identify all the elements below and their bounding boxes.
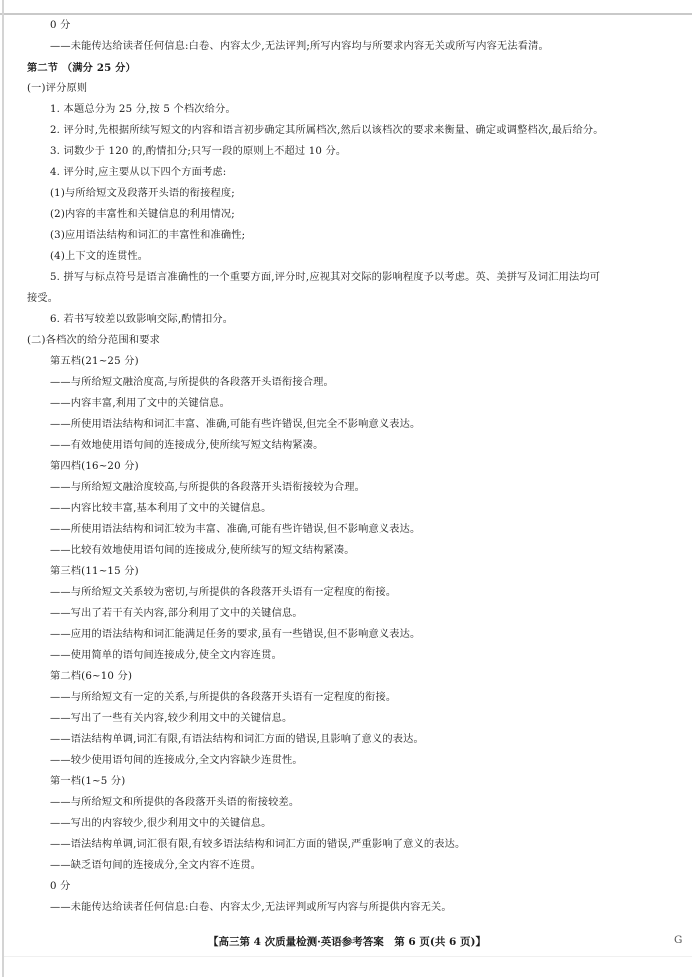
document-line: ——使用简单的语句间连接成分,使全文内容连贯。 [50,649,282,663]
document-line: ——写出了一些有关内容,较少利用文中的关键信息。 [50,712,292,726]
document-line: ——未能传达给读者任何信息:白卷、内容太少,无法评判;所写内容均与所要求内容无关… [50,40,549,54]
page-left-border [2,0,4,977]
document-line: ——写出了若干有关内容,部分利用了文中的关键信息。 [50,607,303,621]
document-line: 3. 词数少于 120 的,酌情扣分;只写一段的原则上不超过 10 分。 [50,145,346,159]
document-line: 2. 评分时,先根据所续写短文的内容和语言初步确定其所属档次,然后以该档次的要求… [50,124,604,138]
document-line: (2)内容的丰富性和关键信息的利用情况; [50,208,235,222]
document-line: ——内容比较丰富,基本利用了文中的关键信息。 [50,502,272,516]
document-line: ——所使用语法结构和词汇较为丰富、准确,可能有些许错误,但不影响意义表达。 [50,523,420,537]
document-line: ——写出的内容较少,很少利用文中的关键信息。 [50,817,272,831]
document-line: 0 分 [50,19,71,33]
document-line: ——语法结构单调,词汇有限,有语法结构和词汇方面的错误,且影响了意义的表达。 [50,733,424,747]
document-line: ——应用的语法结构和词汇能满足任务的要求,虽有一些错误,但不影响意义表达。 [50,628,420,642]
document-line: 第一档(1~5 分) [50,775,125,789]
document-line: (4)上下文的连贯性。 [50,250,148,264]
page-footer-mark: G [674,934,682,946]
document-line: 0 分 [50,880,71,894]
document-line: ——语法结构单调,词汇很有限,有较多语法结构和词汇方面的错误,严重影响了意义的表… [50,838,465,852]
document-line: 接受。 [27,292,58,306]
document-line: ——与所给短文融洽度高,与所提供的各段落开头语衔接合理。 [50,376,334,390]
section-heading: 第二节 （满分 25 分） [27,61,136,75]
document-line: 第三档(11~15 分) [50,565,139,579]
document-line: 4. 评分时,应主要从以下四个方面考虑: [50,166,226,180]
document-line: ——与所给短文关系较为密切,与所提供的各段落开头语有一定程度的衔接。 [50,586,396,600]
document-line: ——所使用语法结构和词汇丰富、准确,可能有些许错误,但完全不影响意义表达。 [50,418,420,432]
document-line: (3)应用语法结构和词汇的丰富性和准确性; [50,229,245,243]
document-line: ——较少使用语句间的连接成分,全文内容缺少连贯性。 [50,754,303,768]
document-line: ——未能传达给读者任何信息:白卷、内容太少,无法评判或所写内容与所提供内容无关。 [50,901,452,915]
document-line: 第二档(6~10 分) [50,670,132,684]
document-line: (二)各档次的给分范围和要求 [27,334,160,348]
page-top-margin [0,0,692,13]
document-line: ——与所给短文有一定的关系,与所提供的各段落开头语有一定程度的衔接。 [50,691,396,705]
document-line: ——与所给短文融洽度较高,与所提供的各段落开头语衔接较为合理。 [50,481,365,495]
document-line: 5. 拼写与标点符号是语言准确性的一个重要方面,评分时,应视其对交际的影响程度予… [50,271,600,285]
document-line: ——内容丰富,利用了文中的关键信息。 [50,397,230,411]
document-line: ——与所给短文和所提供的各段落开头语的衔接较差。 [50,796,299,810]
document-line: 6. 若书写较差以致影响交际,酌情扣分。 [50,313,233,327]
document-line: ——缺乏语句间的连接成分,全文内容不连贯。 [50,859,261,873]
document-line: ——有效地使用语句间的连接成分,使所续写短文结构紧凑。 [50,439,324,453]
page-footer-title: 【高三第 4 次质量检测·英语参考答案 第 6 页(共 6 页)】 [208,934,486,949]
document-line: (一)评分原则 [27,82,87,96]
page-separator [0,13,692,15]
document-line: 第五档(21~25 分) [50,355,139,369]
document-line: 1. 本题总分为 25 分,按 5 个档次给分。 [50,103,236,117]
document-line: ——比较有效地使用语句间的连接成分,使所续写的短文结构紧凑。 [50,544,355,558]
page-bottom-separator [4,956,692,957]
document-line: (1)与所给短文及段落开头语的衔接程度; [50,187,235,201]
document-line: 第四档(16~20 分) [50,460,139,474]
